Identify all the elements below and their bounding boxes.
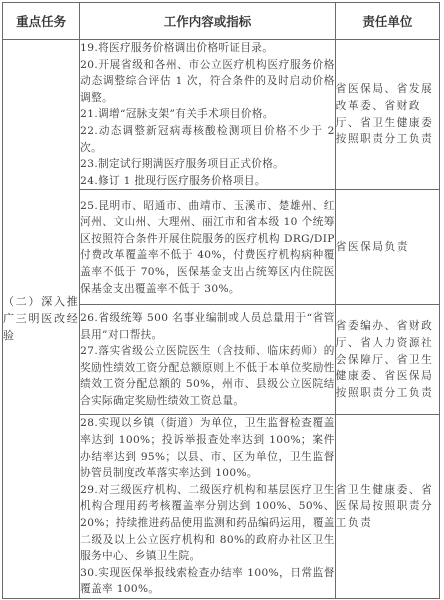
header-content: 工作内容或指标 (80, 3, 336, 40)
item-20: 20.开展省级和各州、市公立医疗机构医疗服务价格动态调整综合评估 1 次，符合条… (80, 57, 335, 107)
content-cell: 26.省级统筹 500 名事业编制或人员总量用于“省管县用”对口帮扶。 27.落… (80, 305, 336, 415)
key-task-cell: （二）深入推广三明医改经验 (3, 40, 80, 599)
item-26: 26.省级统筹 500 名事业编制或人员总量用于“省管县用”对口帮扶。 (80, 310, 335, 343)
responsible-unit-cell: 省卫生健康委、省医保局按照职责分工负责 (335, 415, 439, 599)
item-21: 21.调增“冠脉支架”有关手术项目价格。 (80, 106, 335, 123)
item-23: 23.制定试行期满医疗服务项目正式价格。 (80, 156, 335, 173)
item-29: 29.对三级医疗机构、二级医疗机构和基层医疗卫生机构合理用药考核覆盖率分别达到 … (80, 482, 335, 565)
responsible-unit-cell: 省医保局负责 (335, 190, 439, 305)
content-cell: 28.实现以乡镇（街道）为单位，卫生监督检查覆盖率达到 100%；投诉举报查处率… (80, 415, 336, 599)
header-row: 重点任务 工作内容或指标 责任单位 (3, 3, 440, 40)
table-row: （二）深入推广三明医改经验 19.将医疗服务价格调出价格听证目录。 20.开展省… (3, 40, 440, 190)
content-cell: 25.昆明市、昭通市、曲靖市、玉溪市、楚雄州、红河州、文山州、大理州、丽江市和省… (80, 190, 336, 305)
item-28: 28.实现以乡镇（街道）为单位，卫生监督检查覆盖率达到 100%；投诉举报查处率… (80, 415, 335, 481)
content-cell: 19.将医疗服务价格调出价格听证目录。 20.开展省级和各州、市公立医疗机构医疗… (80, 40, 336, 190)
item-19: 19.将医疗服务价格调出价格听证目录。 (80, 40, 335, 57)
item-25: 25.昆明市、昭通市、曲靖市、玉溪市、楚雄州、红河州、文山州、大理州、丽江市和省… (80, 198, 335, 298)
item-27: 27.落实省级公立医院医生（含技师、临床药师）的奖励性绩效工资分配总额原则上不低… (80, 343, 335, 409)
header-key-task: 重点任务 (3, 3, 80, 40)
header-responsible-unit: 责任单位 (335, 3, 439, 40)
responsible-unit-cell: 省医保局、省发展改革委、省财政厅、省卫生健康委按照职责分工负责 (335, 40, 439, 190)
task-table: 重点任务 工作内容或指标 责任单位 （二）深入推广三明医改经验 19.将医疗服务… (2, 2, 440, 599)
item-22: 22.动态调整新冠病毒核酸检测项目价格不少于 2 次。 (80, 123, 335, 156)
item-24: 24.修订 1 批现行医疗服务价格项目。 (80, 173, 335, 190)
responsible-unit-cell: 省委编办、省财政厅、省人力资源社会保障厅、省卫生健康委、省医保局按照职责分工负责 (335, 305, 439, 415)
item-30: 30.实现医保举报线索检查办结率 100%，日常监督覆盖率 100%。 (80, 565, 335, 598)
